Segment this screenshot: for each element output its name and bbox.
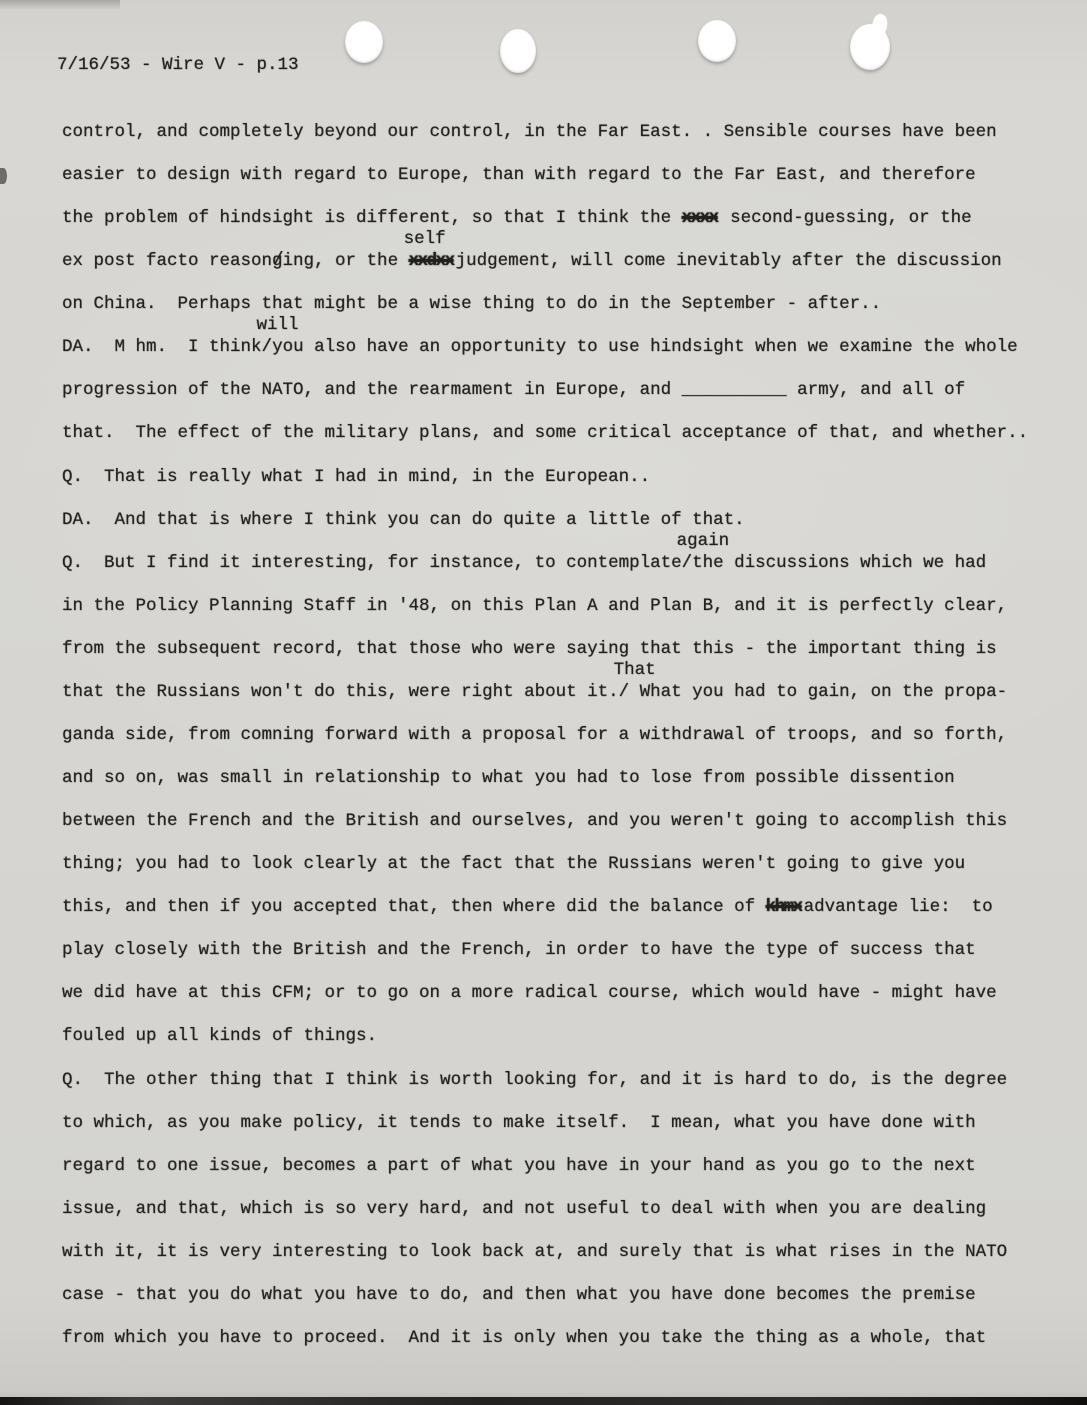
- document-line: from the subsequent record, that those w…: [62, 639, 997, 659]
- typed-text: thing; you had to look clearly at the fa…: [62, 854, 965, 874]
- typed-text: that the Russians won't do this, were ri…: [62, 682, 619, 702]
- typed-text: ex post facto reason: [62, 251, 272, 271]
- document-line: Q. The other thing that I think is worth…: [62, 1070, 1007, 1090]
- inserted-word-above-line: will: [257, 315, 299, 335]
- document-line: control, and completely beyond our contr…: [62, 122, 997, 142]
- typed-text: fouled up all kinds of things.: [62, 1026, 377, 1046]
- typed-text: DA. And that is where I think you can do…: [62, 510, 745, 530]
- typed-text: ganda side, from comning forward with a …: [62, 725, 1007, 745]
- typed-text: we did have at this CFM; or to go on a m…: [62, 983, 997, 1003]
- typed-text: between the French and the British and o…: [62, 811, 1007, 831]
- typed-text: in the Policy Planning Staff in '48, on …: [62, 596, 1007, 616]
- document-line: play closely with the British and the Fr…: [62, 940, 976, 960]
- document-line: Q. That is really what I had in mind, in…: [62, 467, 650, 487]
- typed-text: from the subsequent record, that those w…: [62, 639, 997, 659]
- struck-out-text: xxxx: [682, 208, 720, 228]
- document-line: progression of the NATO, and the rearmam…: [62, 380, 965, 400]
- scan-edge-smudge: [0, 168, 7, 184]
- typed-text: and so on, was small in relationship to …: [62, 768, 955, 788]
- scanned-document-page: 7/16/53 - Wire V - p.13 control, and com…: [0, 0, 1087, 1405]
- typed-text: you also have an opportunity to use hind…: [272, 337, 1018, 357]
- document-line: that the Russians won't do this, were ri…: [62, 682, 1007, 702]
- document-line: that. The effect of the military plans, …: [62, 423, 1028, 443]
- document-line: and so on, was small in relationship to …: [62, 768, 955, 788]
- struck-out-text: khmx: [766, 897, 804, 917]
- typed-text: judgement, will come inevitably after th…: [456, 251, 1002, 271]
- document-line: ex post facto reasong/ing, or the selfxx…: [62, 251, 1002, 271]
- typed-text: What you had to gain, on the propa-: [629, 682, 1007, 702]
- inserted-word-above-line: self: [404, 229, 446, 249]
- scan-top-edge-shading: [0, 0, 120, 10]
- typed-text: play closely with the British and the Fr…: [62, 940, 976, 960]
- punch-hole: [500, 29, 536, 73]
- typed-text: Q. But I find it interesting, for instan…: [62, 553, 682, 573]
- typed-text: from which you have to proceed. And it i…: [62, 1328, 986, 1348]
- document-line: DA. M hm. I thinkwill/you also have an o…: [62, 337, 1018, 357]
- typed-text: to which, as you make policy, it tends t…: [62, 1113, 976, 1133]
- document-line: regard to one issue, becomes a part of w…: [62, 1156, 976, 1176]
- typed-text: Q. That is really what I had in mind, in…: [62, 467, 650, 487]
- document-line: issue, and that, which is so very hard, …: [62, 1199, 986, 1219]
- document-line: thing; you had to look clearly at the fa…: [62, 854, 965, 874]
- typed-text: the discussions which we had: [692, 553, 986, 573]
- strike-slash: /: [273, 250, 284, 270]
- typed-text: this, and then if you accepted that, the…: [62, 897, 766, 917]
- document-line: between the French and the British and o…: [62, 811, 1007, 831]
- insertion-anchor: will/: [262, 337, 273, 357]
- typed-text: the problem of hindsight is different, s…: [62, 208, 682, 228]
- typed-text: progression of the NATO, and the rearmam…: [62, 380, 965, 400]
- typed-text: ing, or the: [283, 251, 409, 271]
- typed-text: with it, it is very interesting to look …: [62, 1242, 1007, 1262]
- document-line: this, and then if you accepted that, the…: [62, 897, 993, 917]
- document-line: with it, it is very interesting to look …: [62, 1242, 1007, 1262]
- document-line: fouled up all kinds of things.: [62, 1026, 377, 1046]
- punch-hole: [698, 20, 736, 62]
- insertion-anchor: again/: [682, 553, 693, 573]
- typed-text: second-guessing, or the: [720, 208, 972, 228]
- document-line: Q. But I find it interesting, for instan…: [62, 553, 986, 573]
- document-line: the problem of hindsight is different, s…: [62, 208, 972, 228]
- document-line: case - that you do what you have to do, …: [62, 1285, 976, 1305]
- document-line: ganda side, from comning forward with a …: [62, 725, 1007, 745]
- document-line: to which, as you make policy, it tends t…: [62, 1113, 976, 1133]
- typed-text: DA. M hm. I think: [62, 337, 262, 357]
- scan-bottom-edge: [0, 1397, 1087, 1405]
- inserted-word-above-line: again: [677, 531, 730, 551]
- punch-hole: [345, 21, 383, 63]
- typed-text: case - that you do what you have to do, …: [62, 1285, 976, 1305]
- document-line: easier to design with regard to Europe, …: [62, 165, 976, 185]
- document-line: on China. Perhaps that might be a wise t…: [62, 294, 881, 314]
- document-line: from which you have to proceed. And it i…: [62, 1328, 986, 1348]
- struck-out-text: xxdxx: [409, 251, 456, 271]
- inserted-word-above-line: That: [614, 660, 656, 680]
- typed-text: Q. The other thing that I think is worth…: [62, 1070, 1007, 1090]
- page-header: 7/16/53 - Wire V - p.13: [57, 55, 299, 75]
- typed-text: issue, and that, which is so very hard, …: [62, 1199, 986, 1219]
- document-line: we did have at this CFM; or to go on a m…: [62, 983, 997, 1003]
- document-line: in the Policy Planning Staff in '48, on …: [62, 596, 1007, 616]
- document-line: DA. And that is where I think you can do…: [62, 510, 745, 530]
- typed-text: control, and completely beyond our contr…: [62, 122, 997, 142]
- insertion-anchor: That/: [619, 682, 630, 702]
- typed-text: advantage lie: to: [804, 897, 993, 917]
- typed-text: that. The effect of the military plans, …: [62, 423, 1028, 443]
- typed-text: on China. Perhaps that might be a wise t…: [62, 294, 881, 314]
- typed-text: regard to one issue, becomes a part of w…: [62, 1156, 976, 1176]
- typed-text: easier to design with regard to Europe, …: [62, 165, 976, 185]
- slashed-character: g/: [272, 251, 283, 271]
